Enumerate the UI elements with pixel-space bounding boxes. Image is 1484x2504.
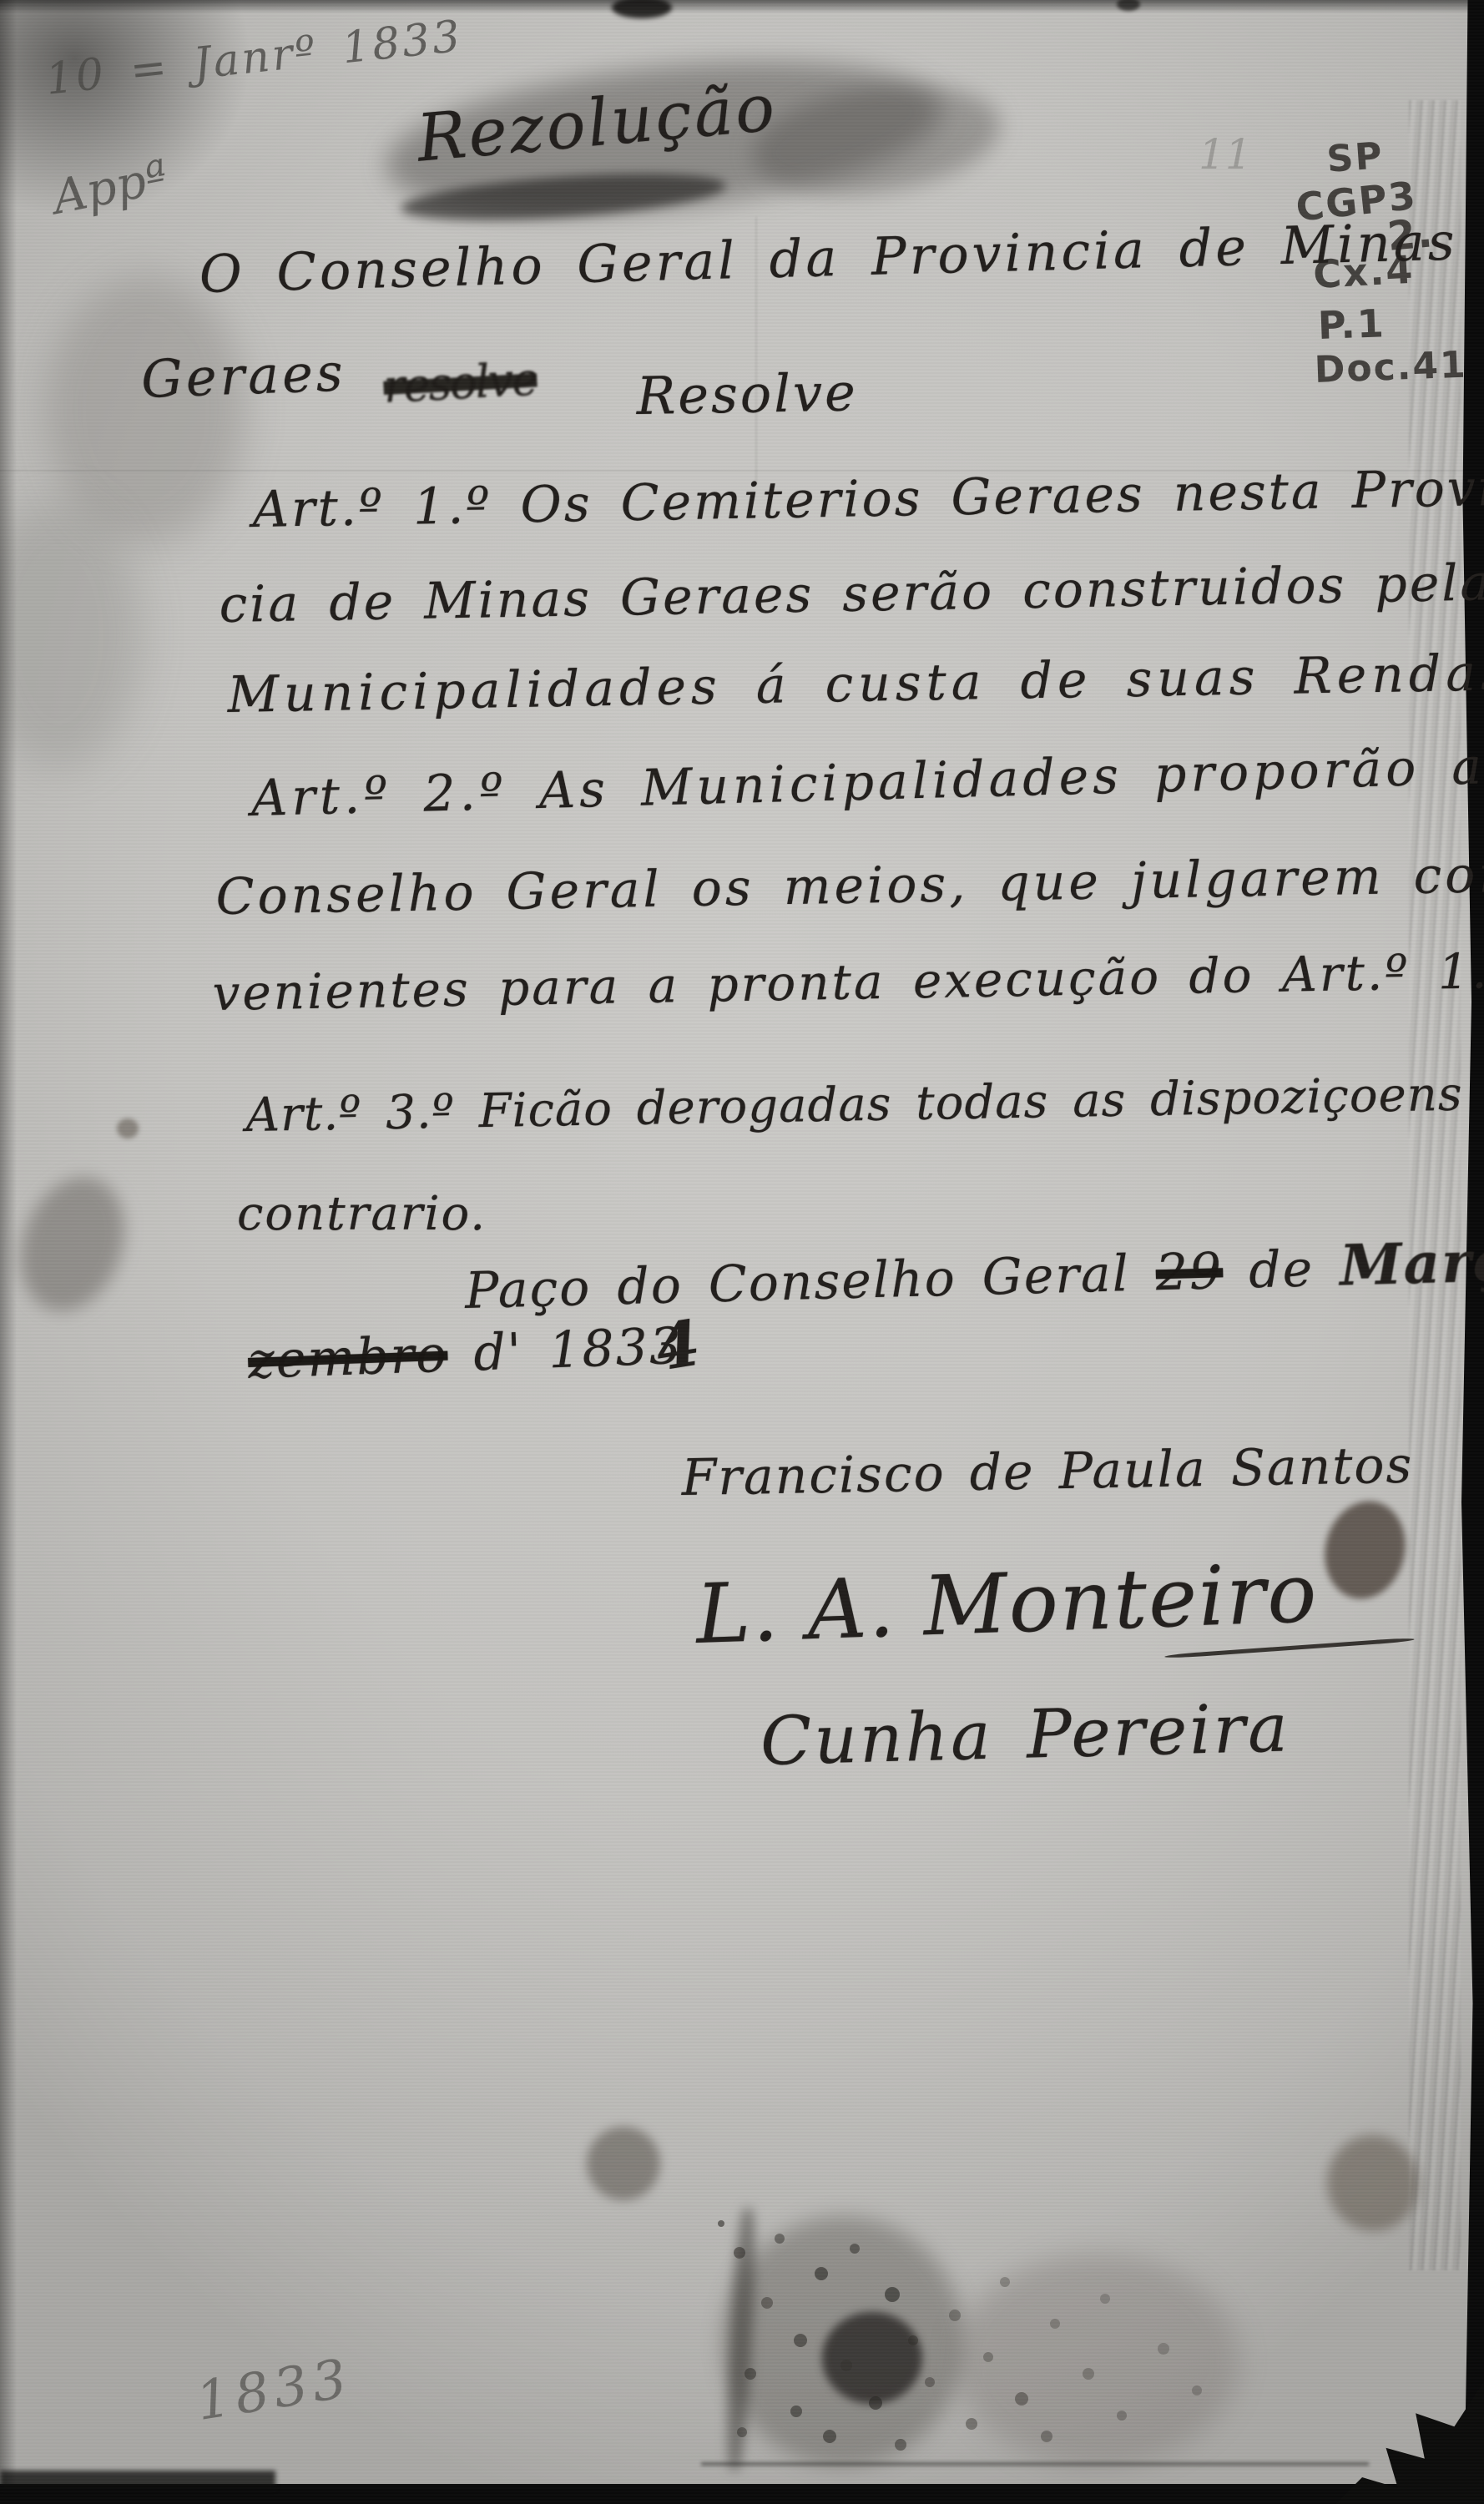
ink-smudge-core — [400, 165, 727, 228]
left-gray-wash-lower — [0, 501, 142, 768]
signature-cunha-pereira: Cunha Pereira — [760, 1689, 1291, 1780]
preamble-line-1: O Conselho Geral da Provincia de Minas — [199, 211, 1458, 305]
article-1-line-1: Art.º 1.º Os Cemiterios Geraes nesta Pro… — [252, 458, 1484, 539]
faint-number-annotation: 11 — [1199, 130, 1252, 179]
bottom-left-dark-jag — [0, 2471, 275, 2489]
right-dark-blob — [1315, 1492, 1416, 1607]
right-blob-lower — [1320, 2128, 1426, 2238]
top-edge-shadow — [0, 0, 1484, 13]
article-2-line-1: Art.º 2.º As Municipalidades proporão ao — [250, 736, 1484, 828]
closing-line-1: Paço do Conselho Geral 29 de Março — [464, 1227, 1484, 1321]
top-edge-mark-right — [1117, 0, 1140, 11]
bottom-vertical-streak — [724, 2208, 759, 2471]
bottom-mottle-right — [956, 2254, 1239, 2466]
closing-year-prefix: d' 183 — [472, 1318, 650, 1382]
ink-smudge-right — [745, 71, 1007, 210]
resolve-word: Resolve — [636, 361, 858, 427]
top-edge-blob — [612, 0, 672, 18]
signature-l-a-monteiro: L. A. Monteiro — [694, 1546, 1320, 1663]
approval-annotation: Appª — [48, 150, 173, 225]
archival-ref-line: Doc.41 — [1314, 344, 1467, 391]
archival-ref-line: SP — [1325, 134, 1385, 181]
corrected-year-digit: 34 — [649, 1317, 684, 1376]
bottom-speckles — [718, 2220, 724, 2227]
closing-line-2: zembro d' 18334 — [247, 1317, 684, 1391]
crossed-out-word: resolve — [382, 352, 538, 413]
manuscript-page: 10 = Janrº 1833 Appª 11 1833 SP CGP3 2. … — [0, 0, 1484, 2504]
pencil-date-annotation: 10 = Janrº 1833 — [43, 12, 465, 105]
left-mid-blob — [3, 1163, 142, 1325]
struck-month-fragment: zembro — [247, 1325, 449, 1391]
page-title: Rezolução — [414, 70, 780, 176]
article-2-line-2: Conselho Geral os meios, que julgarem co… — [215, 844, 1484, 926]
article-3-line-2: contrario. — [237, 1187, 487, 1241]
small-ink-dot — [117, 1118, 139, 1138]
bottom-black-band — [0, 2484, 1484, 2504]
article-3-line-1: Art.º 3.º Ficão derogadas todas as dispo… — [245, 1064, 1484, 1143]
left-edge-vignette — [0, 0, 17, 2504]
article-2-line-3: venientes para a pronta execução do Art.… — [212, 942, 1484, 1022]
signature-francisco-de-paula-santos: Francisco de Paula Santos — [681, 1436, 1414, 1507]
preamble-line-2-word: Geraes — [140, 341, 347, 410]
closing-place: Paço do Conselho Geral — [464, 1244, 1130, 1320]
archival-ref-line: P.1 — [1317, 300, 1386, 348]
bottom-mottle-left — [722, 2216, 964, 2466]
article-1-line-3: Municipalidades á custa de suas Rendas. — [227, 644, 1484, 724]
bottom-year-annotation: 1833 — [192, 2348, 356, 2433]
struck-day: 29 — [1155, 1242, 1224, 1302]
bottom-dark-core — [822, 2312, 922, 2404]
article-1-line-2: cia de Minas Geraes serão construidos pe… — [219, 553, 1484, 634]
bottom-right-corner-tear — [1335, 2370, 1484, 2504]
right-paper-crinkle — [1409, 100, 1461, 2270]
closing-connector: de — [1248, 1239, 1315, 1300]
overwritten-month: Março — [1339, 1227, 1484, 1298]
center-blob — [587, 2127, 660, 2200]
bottom-crease-line — [701, 2462, 1369, 2466]
